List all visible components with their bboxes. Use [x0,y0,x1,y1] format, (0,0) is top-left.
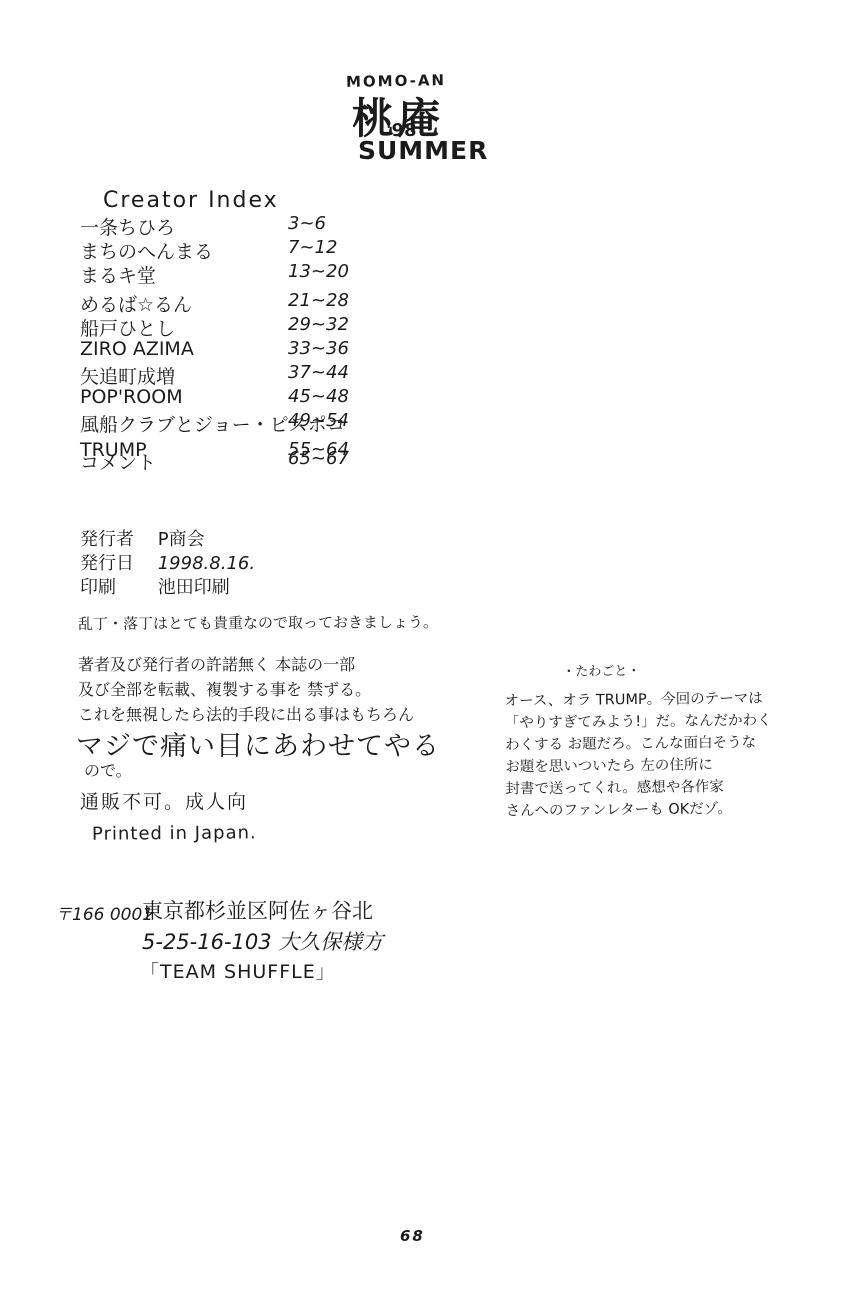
creator-index-row: POP'ROOM 45~48 [80,386,360,410]
creator-pages: 33~36 [288,338,349,359]
afterword-line: お題を思いついたら 左の住所に [505,754,773,779]
afterword-line: オース、オラ TRUMP。今回のテーマは [504,688,772,713]
printer-value: 池田印刷 [158,577,230,598]
creator-name: 矢追町成増 [80,366,175,388]
address-team-name: 「TEAM SHUFFLE」 [140,957,336,984]
printer-line: 印刷 池田印刷 [80,576,255,600]
creator-index-row: 矢追町成増 37~44 [80,362,360,386]
creator-pages: 7~12 [288,237,337,258]
creator-name: めるば☆るん [80,294,192,316]
address-line-2: 5-25-16-103 大久保様方 [142,926,383,956]
creator-index-row: まるキ堂 13~20 [80,261,360,285]
copyright-tail: ので。 [84,758,132,781]
creator-index-row: 風船クラブとジョー・ピスポコ 49~54 [80,410,360,434]
afterword-line: 封書で送ってくれ。感想や各作家 [505,776,773,801]
comment-label: コメント [80,452,156,474]
creator-pages: 37~44 [288,362,349,383]
creator-name: まちのへんまる [80,241,213,263]
printed-in-japan: Printed in Japan. [92,822,257,844]
creator-index-row: まちのへんまる 7~12 [80,237,360,261]
creator-name: まるキ堂 [80,265,156,287]
copyright-block: 著者及び発行者の許諾無く 本誌の一部 及び全部を転載、複製する事を 禁ずる。 こ… [78,652,414,727]
printer-label: 印刷 [80,576,152,600]
creator-name: POP'ROOM [80,386,183,408]
creator-index-row: めるば☆るん 21~28 [80,290,360,314]
creator-index-row: 船戸ひとし 29~32 [80,314,360,338]
creator-pages: 13~20 [288,261,349,282]
postal-code: 〒166 0001 [55,900,153,925]
address-line-1: 東京都杉並区阿佐ヶ谷北 [142,895,373,925]
afterword-line: わくする お題だろ。こんな面白そうな [505,732,773,757]
date-line: 発行日 1998.8.16. [80,552,255,576]
creator-pages: 45~48 [288,386,349,407]
creator-index-row: ZIRO AZIMA 33~36 [80,338,360,362]
afterword-heading: ・たわごと・ [562,659,772,680]
publisher-line: 発行者 P商会 [80,528,255,552]
creator-pages: 29~32 [288,314,349,335]
creator-pages: 49~54 [288,410,349,431]
date-value: 1998.8.16. [158,553,255,574]
title-season: SUMMER [358,136,488,165]
creator-index-row: 一条ちひろ 3~6 [80,213,360,237]
creator-name: ZIRO AZIMA [80,338,194,360]
creator-pages: 3~6 [288,213,326,234]
creator-pages: 21~28 [288,290,349,311]
page-number: 68 [400,1227,425,1245]
publisher-value: P商会 [158,529,205,550]
publisher-label: 発行者 [80,528,152,552]
scanned-doujinshi-colophon-page: { "title": { "latin": "MOMO-AN", "kanji"… [0,0,867,1300]
sales-note: 通販不可。成人向 [80,787,248,814]
misprint-note: 乱丁・落丁はとても貴重なので取っておきましょう。 [78,611,438,634]
creator-index-comment-row: コメント 65~67 [80,448,360,472]
creator-index-heading: Creator Index [103,188,279,213]
afterword-line: 「やりすぎてみよう!」だ。なんだかわく [505,710,773,735]
colophon-block: 発行者 P商会 発行日 1998.8.16. 印刷 池田印刷 [80,528,255,600]
creator-index-list: 一条ちひろ 3~6 まちのへんまる 7~12 まるキ堂 13~20 めるば☆るん… [80,213,360,463]
comment-pages: 65~67 [288,448,349,469]
date-label: 発行日 [80,552,152,576]
afterword-column: ・たわごと・ オース、オラ TRUMP。今回のテーマは 「やりすぎてみよう!」だ… [504,659,774,823]
creator-name: 一条ちひろ [80,217,175,239]
copyright-line: 著者及び発行者の許諾無く 本誌の一部 [78,652,414,677]
copyright-line: 及び全部を転載、複製する事を 禁ずる。 [78,677,414,702]
creator-name: 船戸ひとし [80,318,175,340]
afterword-line: さんへのファンレターも OKだゾ。 [506,798,774,823]
